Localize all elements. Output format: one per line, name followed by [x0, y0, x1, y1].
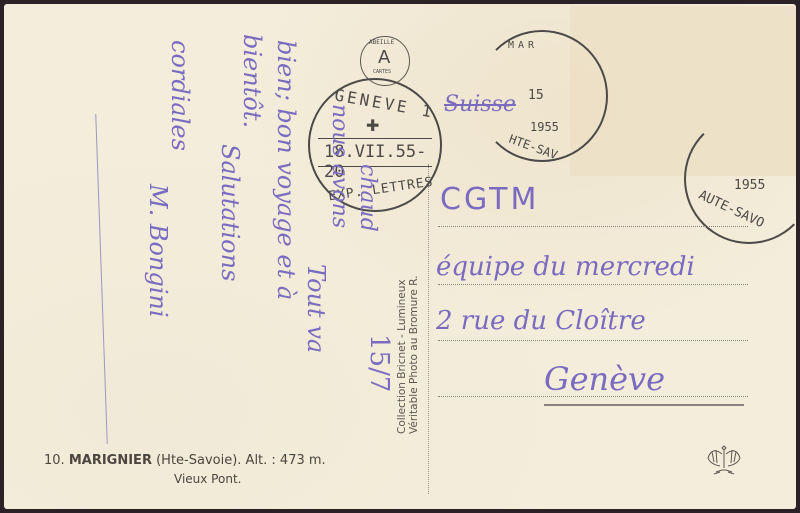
pen-stroke	[95, 114, 108, 444]
haute-savoie-postmark-2: 1955 AUTE-SAVO	[684, 114, 796, 244]
address-line-rule	[438, 284, 748, 285]
address-line-rule	[544, 404, 744, 406]
center-divider	[428, 164, 429, 494]
message-line: bientôt.	[238, 34, 266, 128]
address-line-rule	[438, 396, 748, 397]
caption-place: MARIGNIER	[69, 453, 152, 468]
postcard: 10. MARIGNIER (Hte-Savoie). Alt. : 473 m…	[4, 4, 796, 509]
address-line-rule	[438, 340, 748, 341]
address-line-rule	[438, 226, 748, 227]
caption-title: 10. MARIGNIER (Hte-Savoie). Alt. : 473 m…	[44, 453, 326, 468]
swiss-cross-icon: ✚	[366, 116, 379, 136]
address-line-2: 2 rue du Cloître	[436, 306, 646, 336]
signature: M. Bongini	[144, 184, 172, 318]
message-date: 15/7	[364, 334, 394, 392]
publisher-credit: Collection Bricnet - Lumineux Véritable …	[396, 276, 420, 434]
address-line-3: Genève	[544, 360, 665, 398]
crossed-country: Suisse	[444, 92, 516, 117]
message-line: nous avons	[327, 104, 352, 228]
eagle-icon	[704, 444, 744, 480]
message-line: Salutations	[216, 144, 244, 281]
message-line: bien; bon voyage et à	[272, 40, 300, 300]
message-line: cordiales	[166, 40, 194, 151]
message-line: chaud	[355, 164, 380, 232]
caption-subtitle: Vieux Pont.	[174, 472, 241, 486]
message-line: Tout va	[302, 264, 330, 353]
address-line-1: équipe du mercredi	[436, 252, 695, 282]
recipient-name: CGTM	[440, 182, 539, 217]
